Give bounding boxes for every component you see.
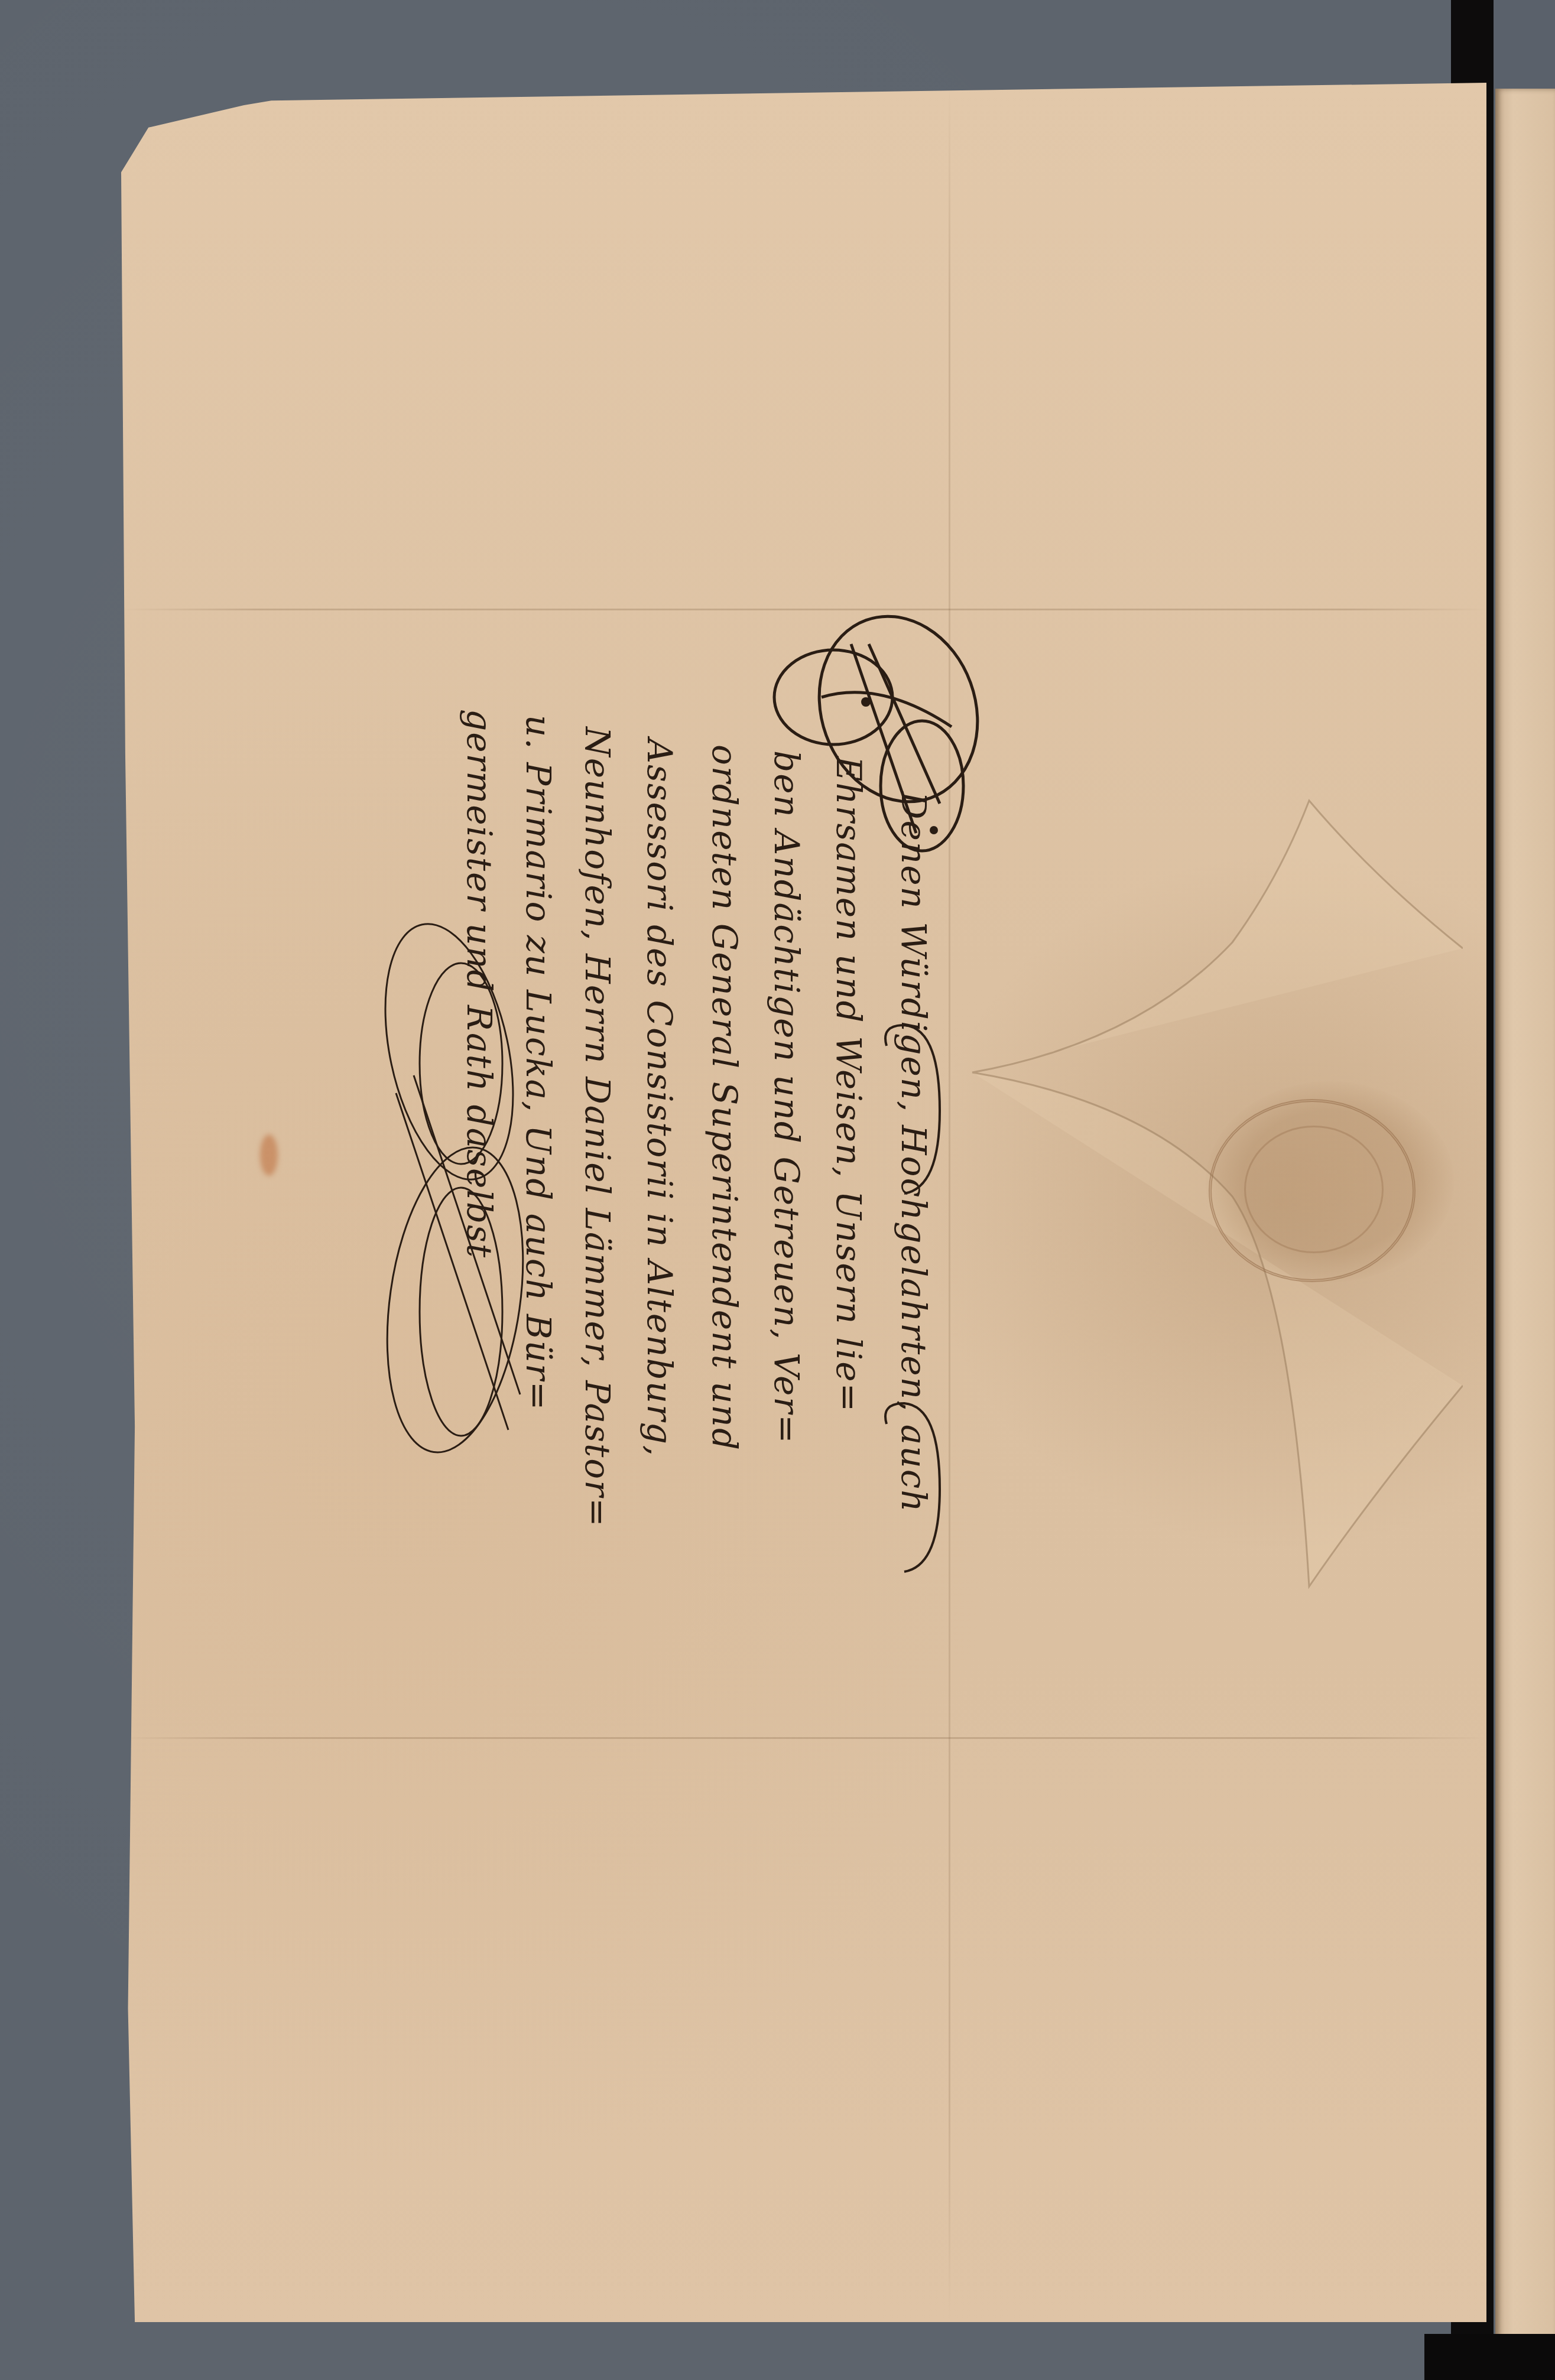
mount-board-right [1494,0,1555,100]
fold-line-vertical [949,83,950,2322]
rust-stain [260,1134,278,1176]
address-line-1: Denen Würdigen, Hochgelahrten, auch [894,792,934,1513]
fold-line-lower [121,1737,1486,1739]
seal-coat-of-arms-icon [1244,1126,1384,1253]
address-line-7: u. Primario zu Lucka, Und auch Bür= [518,715,559,1411]
adjacent-page-edge [1495,89,1555,2346]
address-line-4: ordneten General Superintendent und [705,744,745,1451]
binding-shadow-bottom [1424,2334,1555,2380]
address-line-6: Neunhofen, Herrn Daniel Lämmer, Pastor= [577,727,618,1527]
address-line-3: ben Andächtigen und Getreuen, Ver= [767,750,807,1445]
address-line-8: germeister und Rath daselbst [459,709,499,1259]
address-block: Denen Würdigen, Hochgelahrten, auch Ehrs… [402,638,934,1584]
address-line-2: Ehrsamen und Weisen, Unsern lie= [829,756,869,1413]
address-line-5: Assessori des Consistorii in Altenburg, [639,739,680,1457]
